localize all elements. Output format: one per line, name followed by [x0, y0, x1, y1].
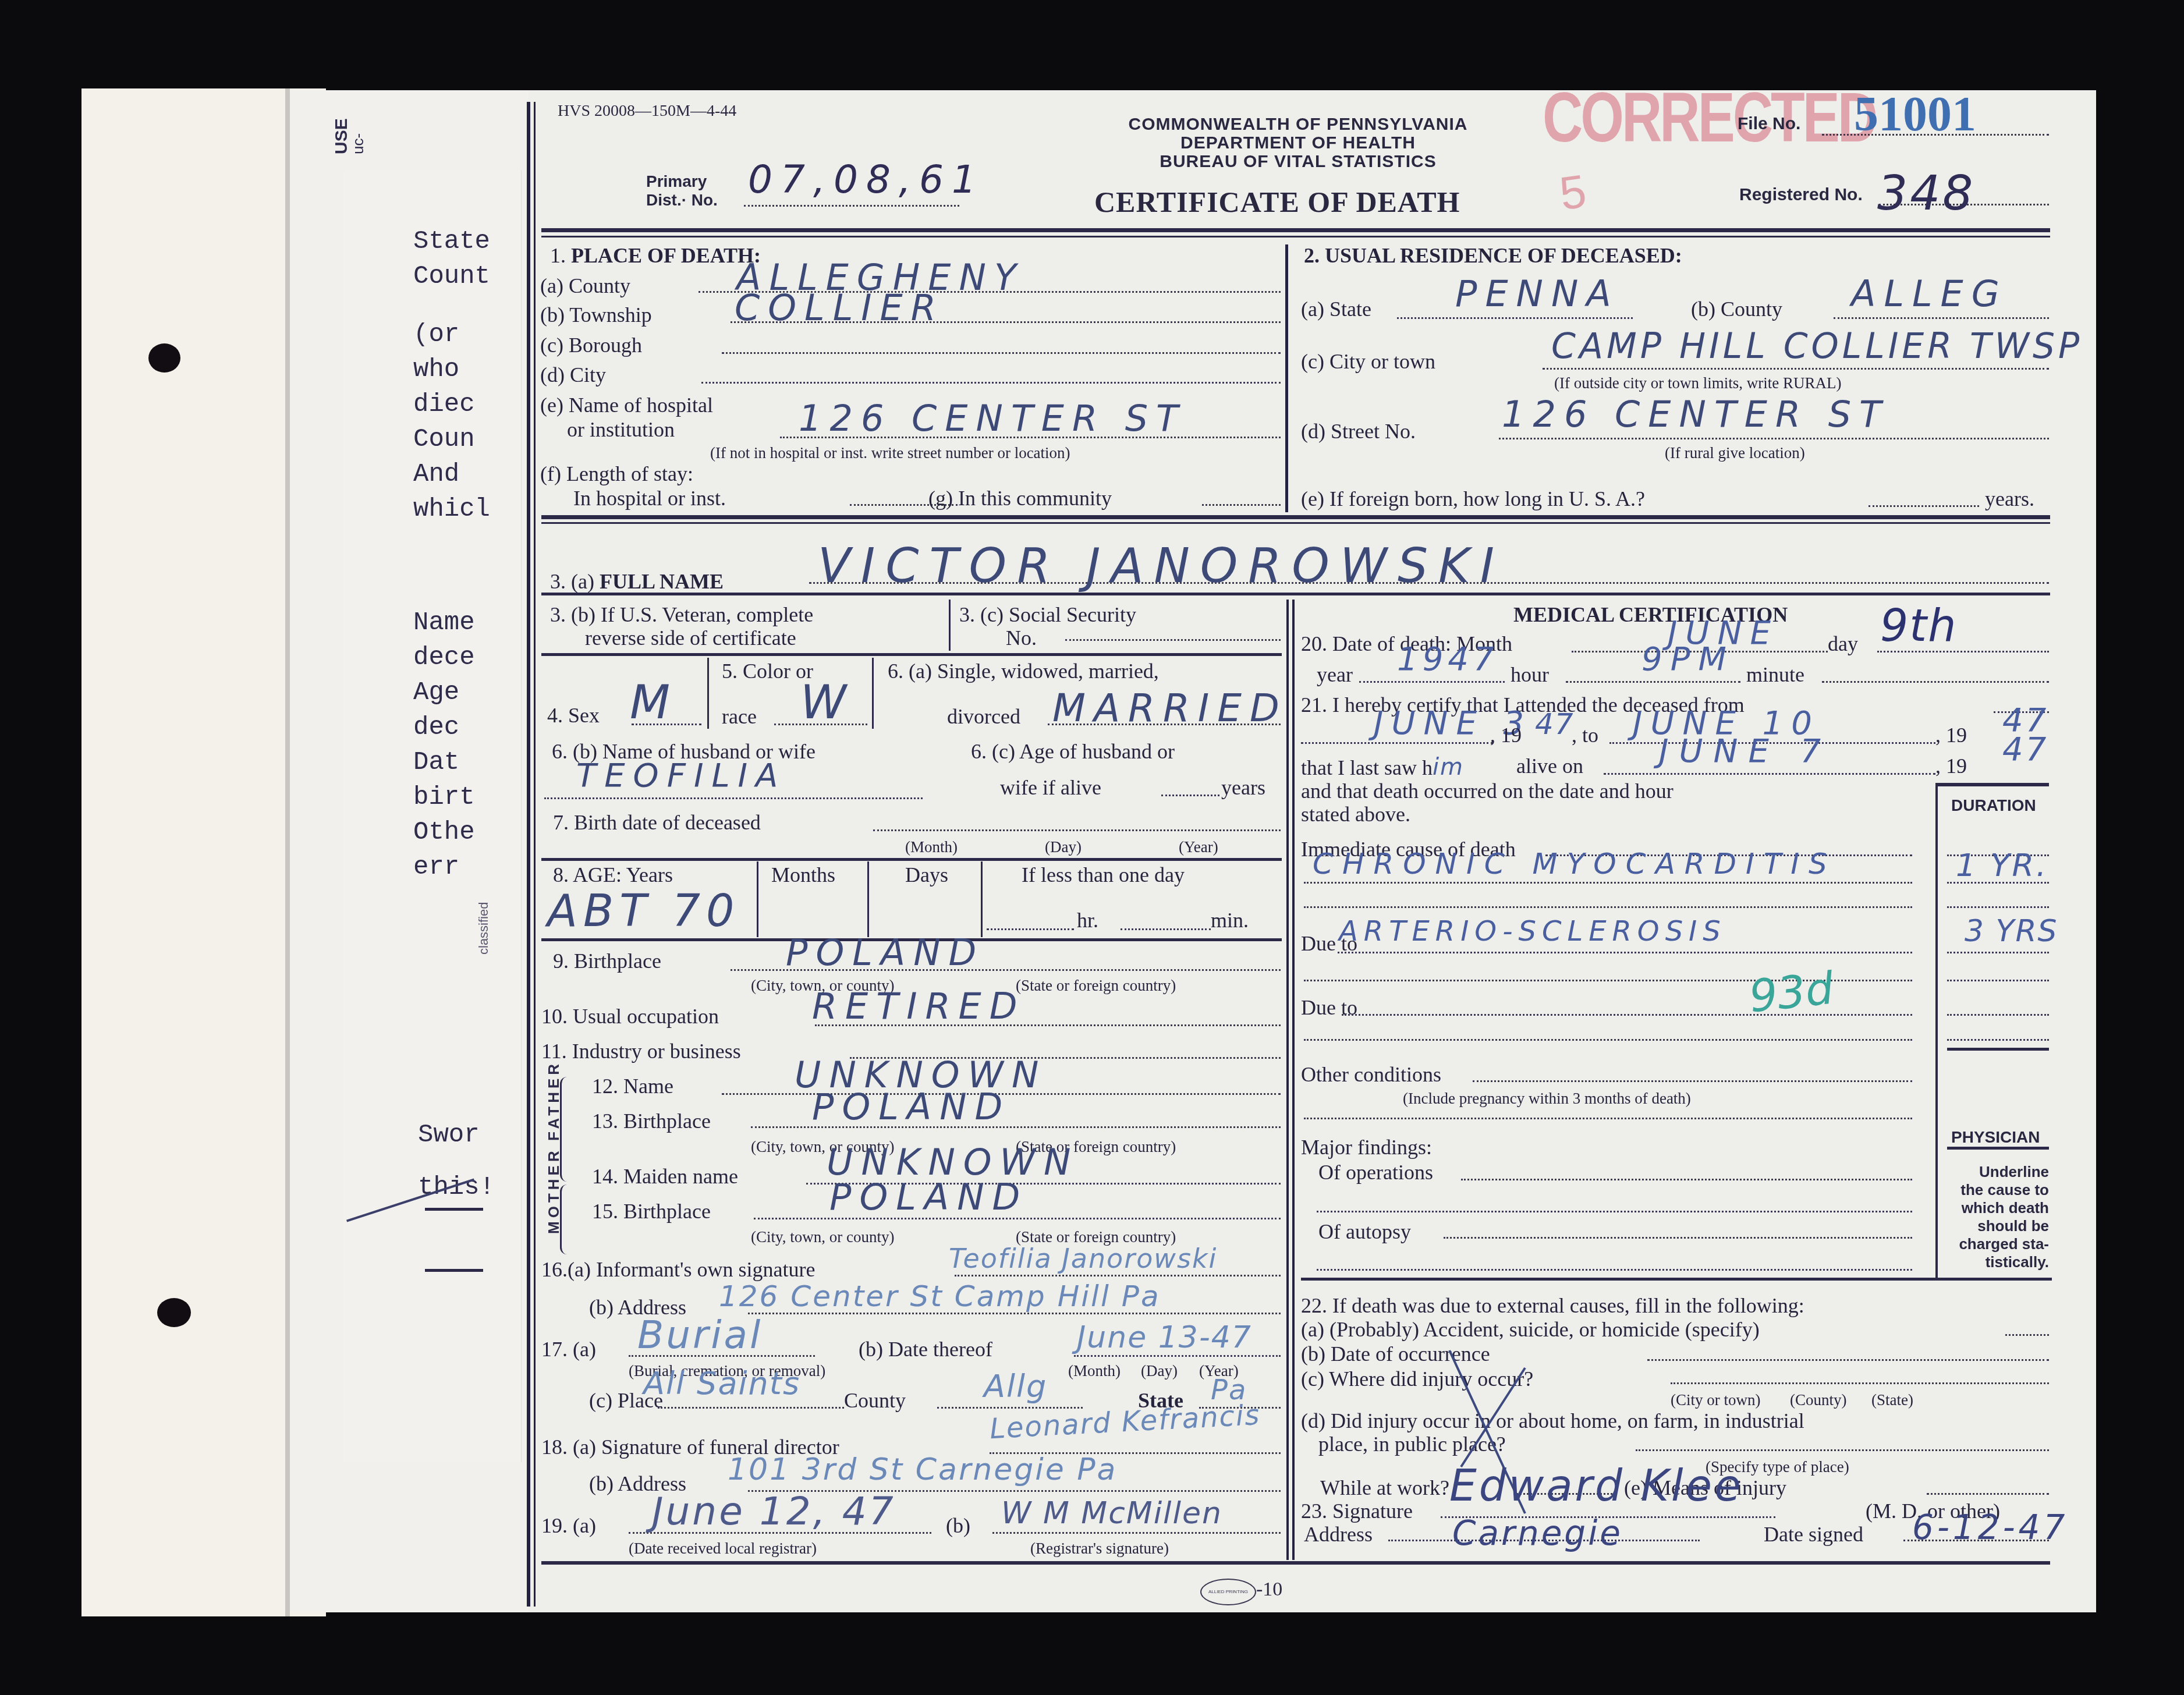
full-name-label: 3. (a) FULL NAME	[550, 569, 724, 594]
mother-birthplace-note-city: (City, town, or county)	[751, 1228, 894, 1246]
bottom-rule	[541, 1561, 2050, 1565]
physician-note: Underline the cause to which death shoul…	[1947, 1163, 2049, 1271]
informant-address-value[interactable]: 126 Center St Camp Hill Pa	[719, 1279, 1161, 1313]
death-hour-line	[1566, 681, 1740, 683]
burial-place-line	[658, 1407, 844, 1409]
ssn-rule	[541, 653, 1282, 656]
other-conditions-note: (Include pregnancy within 3 months of de…	[1403, 1090, 1691, 1108]
due-to-1-duration-line	[1947, 952, 2049, 953]
coding-mark: 93d	[1747, 962, 1836, 1023]
punch-hole-bottom	[157, 1298, 191, 1327]
spouse-age-line	[1161, 795, 1219, 796]
external-c-line	[1671, 1382, 2049, 1384]
signature-label: 23. Signature	[1301, 1499, 1413, 1523]
certificate-title: CERTIFICATE OF DEATH	[1094, 185, 1460, 219]
duration-top-rule	[1935, 783, 2049, 786]
registered-no-value: 348	[1877, 166, 1976, 221]
major-findings-label: Major findings:	[1301, 1135, 1432, 1159]
stub-typed-block-top: State Count (or who diec Coun And whicl	[413, 224, 490, 527]
spouse-age-unit: years	[1221, 775, 1265, 800]
res-street-label: (d) Street No.	[1301, 419, 1416, 444]
township-label: (b) Township	[540, 303, 652, 327]
burial-place-value[interactable]: All Saints	[643, 1365, 800, 1402]
last-saw-year-prefix: , 19	[1935, 754, 1967, 778]
spouse-age-label: 6. (c) Age of husband or	[971, 739, 1175, 764]
signature-value[interactable]: Edward Klee	[1449, 1461, 1743, 1511]
registrar-date-label: 19. (a)	[541, 1513, 596, 1538]
age-days-label: Days	[905, 863, 948, 887]
res-city-label: (c) City or town	[1301, 349, 1435, 374]
burial-month-note: (Month)	[1068, 1362, 1121, 1380]
spouse-age-label-2: wife if alive	[1000, 775, 1101, 800]
burial-type-label: 17. (a)	[541, 1337, 596, 1361]
city-label: (d) City	[540, 363, 606, 387]
duration-spacer-line	[1947, 906, 2049, 908]
attend-from-year[interactable]: 47	[1535, 707, 1575, 741]
occurred-text-1: and that death occurred on the date and …	[1301, 779, 1674, 803]
age-min-label: min.	[1211, 908, 1249, 932]
operations-line-2	[1317, 1211, 1912, 1212]
informant-signature-line	[955, 1275, 1281, 1276]
medical-divider	[1286, 600, 1289, 1560]
father-brace	[560, 1077, 570, 1182]
state-line	[1397, 317, 1633, 319]
occupation-value[interactable]: RETIRED	[812, 985, 1025, 1027]
age-divider-3	[981, 861, 983, 937]
res-street-value[interactable]: 126 CENTER ST	[1502, 393, 1889, 435]
residence-rule	[541, 515, 2050, 519]
immediate-cause-value[interactable]: CHRONIC MYOCARDITIS	[1313, 847, 1836, 881]
stub-rotated-classified: classified	[476, 902, 491, 955]
due-to-label-2: Due to	[1301, 995, 1357, 1020]
burial-type-value[interactable]: Burial	[637, 1313, 763, 1357]
ssn-label: 3. (c) Social Security No.	[959, 603, 1136, 650]
place-of-death-heading: 1. PLACE OF DEATH:	[550, 243, 761, 268]
due-to-1-value[interactable]: ARTERIO-SCLEROSIS	[1339, 915, 1726, 948]
death-minute-line	[1822, 681, 2049, 683]
external-a-line	[2005, 1334, 2049, 1336]
duration-bottom-rule	[1947, 1048, 2049, 1051]
birthplace-label: 9. Birthplace	[553, 949, 661, 973]
external-d-line	[1636, 1449, 2049, 1451]
registrar-date-value[interactable]: June 12, 47	[652, 1489, 896, 1534]
divorced-label: divorced	[947, 704, 1020, 729]
mother-brace	[560, 1185, 570, 1254]
birthplace-note-state: (State or foreign country)	[1016, 977, 1176, 995]
torn-edge	[285, 88, 290, 1616]
external-rule	[1301, 1278, 2052, 1281]
registrar-date-note: (Date received local registrar)	[629, 1540, 817, 1558]
death-day-label: day	[1828, 632, 1858, 656]
footer-code: -10	[1256, 1579, 1282, 1601]
duration-spacer-line-3	[1947, 1039, 2049, 1041]
name-rule	[541, 593, 2050, 595]
due-to-1-line	[1338, 952, 1912, 953]
operations-label: Of operations	[1318, 1160, 1433, 1185]
medical-divider-inner	[1292, 600, 1295, 1560]
father-birthplace-value[interactable]: POLAND	[812, 1086, 1011, 1128]
death-hour-label: hour	[1511, 662, 1549, 687]
stub-rotated-label: USE	[332, 118, 352, 154]
state-value[interactable]: PENNA	[1455, 272, 1619, 315]
last-saw-line	[1604, 773, 1935, 775]
res-city-note: (If outside city or town limits, write R…	[1554, 374, 1841, 392]
registrar-signature-label: (b)	[946, 1513, 970, 1538]
ssn-divider	[949, 600, 951, 651]
due-to-1-duration[interactable]: 3 YRS	[1965, 914, 2058, 949]
header-rule	[541, 228, 2050, 232]
burial-date-value[interactable]: June 13-47	[1077, 1320, 1252, 1355]
file-no-value: 51001	[1854, 86, 1976, 143]
death-year-value[interactable]: 1947	[1397, 640, 1499, 678]
left-border-rule-inner	[534, 102, 536, 1607]
registrar-signature-note: (Registrar's signature)	[1030, 1540, 1169, 1558]
residence-heading: 2. USUAL RESIDENCE OF DECEASED:	[1304, 243, 1682, 268]
res-city-value[interactable]: CAMP HILL COLLIER TWSP	[1551, 326, 2083, 367]
director-address-value[interactable]: 101 3rd St Carnegie Pa	[728, 1452, 1117, 1487]
stay-community-line	[1202, 504, 1281, 506]
informant-signature-value[interactable]: Teofilia Janorowski	[949, 1243, 1217, 1274]
physician-rule	[1947, 1147, 2049, 1150]
hospital-label: (e) Name of hospital or institution	[540, 393, 713, 442]
stay-hospital-label: In hospital or inst.	[573, 486, 726, 510]
age-min-line	[1121, 928, 1211, 930]
father-birthplace-label: 13. Birthplace	[592, 1109, 711, 1133]
sex-label: 4. Sex	[547, 703, 600, 728]
borough-line	[722, 352, 1281, 354]
operations-line	[1461, 1179, 1912, 1180]
union-label-icon: ALLIED PRINTING TRADES UNION LABEL COUNC…	[1200, 1579, 1256, 1605]
res-county-value[interactable]: ALLEG	[1851, 272, 2008, 315]
attend-to-year-prefix: , 19	[1935, 723, 1967, 747]
city-line	[701, 382, 1281, 384]
attend-to-label: , to	[1572, 723, 1598, 747]
burial-day-note: (Day)	[1141, 1362, 1178, 1380]
due-to-2-duration-line	[1947, 1014, 2049, 1016]
stub-line	[425, 1208, 483, 1211]
attend-from-line	[1301, 742, 1493, 744]
autopsy-line	[1444, 1237, 1912, 1239]
autopsy-label: Of autopsy	[1318, 1219, 1411, 1244]
father-name-label: 12. Name	[592, 1074, 673, 1098]
attend-from-year-prefix: , 19	[1490, 723, 1522, 747]
burial-county-line	[937, 1407, 1083, 1409]
primary-dist-line	[744, 205, 959, 207]
age-divider-2	[867, 861, 869, 937]
veteran-label: 3. (b) If U.S. Veteran, complete reverse…	[550, 603, 813, 650]
external-c-note-county: (County)	[1790, 1391, 1847, 1409]
stay-label: (f) Length of stay:	[540, 462, 693, 486]
other-conditions-line	[1473, 1080, 1912, 1082]
marital-label: 6. (a) Single, widowed, married,	[888, 659, 1159, 683]
registrar-signature-line	[992, 1532, 1281, 1534]
external-c-note-city: (City or town)	[1671, 1391, 1761, 1409]
township-value[interactable]: COLLIER	[735, 286, 944, 329]
informant-signature-label: 16.(a) Informant's own signature	[541, 1257, 815, 1282]
borough-label: (c) Borough	[540, 333, 642, 357]
stub-rotated-label-2: uc-	[349, 133, 367, 154]
death-year-label: year	[1317, 662, 1353, 687]
race-value[interactable]: W	[800, 675, 855, 729]
death-day-value[interactable]: 9th	[1880, 600, 1957, 651]
file-no-label: File No.	[1738, 114, 1800, 134]
corrected-stamp: CORRECTED	[1543, 78, 1875, 158]
death-hour-value[interactable]: 9PM	[1641, 640, 1735, 678]
ssn-line	[1065, 639, 1281, 641]
industry-label: 11. Industry or business	[541, 1039, 741, 1063]
last-saw-year[interactable]: 47	[2002, 731, 2048, 768]
external-d-label-1: (d) Did injury occur in or about home, o…	[1301, 1409, 1804, 1433]
mother-name-label: 14. Maiden name	[592, 1164, 738, 1189]
duration-column-rule	[1935, 783, 1938, 1281]
last-saw-date[interactable]: JUNE 7	[1659, 732, 1831, 770]
duration-heading: DURATION	[1951, 796, 2036, 815]
spouse-line	[544, 797, 923, 799]
age-value[interactable]: ABT 70	[547, 885, 740, 937]
foreign-line	[1869, 505, 1979, 507]
race-divider	[872, 658, 874, 729]
burial-date-label: (b) Date thereof	[859, 1337, 992, 1361]
other-conditions-label: Other conditions	[1301, 1062, 1441, 1087]
external-b-line	[1647, 1359, 2049, 1361]
stub-typed-block-bottom: Swor this!	[418, 1118, 495, 1205]
primary-dist-value: 07,08,61	[748, 157, 984, 202]
mother-birthplace-label: 15. Birthplace	[592, 1199, 711, 1224]
autopsy-line-2	[1317, 1269, 1912, 1271]
primary-dist-label: Primary Dist.· No.	[646, 172, 718, 210]
color-label: 5. Color or	[722, 659, 813, 683]
marital-value[interactable]: MARRIED	[1052, 686, 1288, 731]
external-a-label: (a) (Probably) Accident, suicide, or hom…	[1301, 1317, 1760, 1342]
birth-date-line	[873, 829, 1281, 831]
physician-heading: PHYSICIAN	[1951, 1128, 2040, 1147]
header-rule-thin	[541, 236, 2050, 237]
age-label: 8. AGE: Years	[553, 863, 673, 887]
registrar-signature-value[interactable]: W M McMillen	[1001, 1496, 1222, 1531]
stay-community-label: (g) In this community	[928, 486, 1112, 510]
age-less-label: If less than one day	[1022, 863, 1185, 887]
mother-birthplace-value[interactable]: POLAND	[829, 1176, 1028, 1218]
stub-typed-block-mid: Name dece Age dec Dat birt Othe err	[413, 605, 475, 885]
registered-no-label: Registered No.	[1739, 185, 1863, 205]
immediate-duration-value[interactable]: 1 YR.	[1956, 847, 2048, 884]
section-divider	[1285, 244, 1288, 512]
while-at-work-label: While at work?	[1320, 1476, 1449, 1500]
foreign-label: (e) If foreign born, how long in U. S. A…	[1301, 487, 1645, 511]
age-months-label: Months	[771, 863, 835, 887]
external-c-note-state: (State)	[1871, 1391, 1913, 1409]
age-hr-label: hr.	[1077, 908, 1098, 932]
burial-county-label: County	[844, 1388, 906, 1413]
burial-date-line	[1074, 1355, 1281, 1357]
occurred-text-2: stated above.	[1301, 802, 1410, 827]
sig-address-label: Address	[1304, 1522, 1373, 1547]
other-conditions-line-2	[1304, 1118, 1912, 1119]
birth-year-note: (Year)	[1179, 838, 1218, 856]
date-signed-label: Date signed	[1764, 1522, 1863, 1547]
death-year-line	[1359, 681, 1505, 683]
sex-value[interactable]: M	[630, 675, 678, 729]
sex-divider	[707, 658, 709, 729]
res-street-line	[1499, 438, 2049, 439]
residence-rule-thin	[541, 522, 2050, 524]
spouse-value[interactable]: TEOFILIA	[576, 757, 786, 795]
hospital-value[interactable]: 126 CENTER ST	[799, 397, 1186, 439]
agency-header: COMMONWEALTH OF PENNSYLVANIA DEPARTMENT …	[1100, 115, 1496, 171]
left-border-rule	[527, 102, 530, 1607]
full-name-value[interactable]: VICTOR JANOROWSKI	[818, 538, 1505, 594]
punch-hole-top	[148, 343, 180, 373]
birth-date-label: 7. Birth date of deceased	[553, 810, 761, 835]
sig-address-value[interactable]: Carnegie	[1452, 1513, 1623, 1553]
stub-line-2	[425, 1269, 483, 1272]
age-divider-1	[757, 861, 758, 937]
cause-spacer-line	[1304, 906, 1912, 908]
age-hr-line	[987, 928, 1074, 930]
state-label: (a) State	[1301, 297, 1371, 321]
res-county-label: (b) County	[1691, 297, 1782, 321]
res-city-line	[1543, 368, 2049, 370]
burial-county-value[interactable]: Allg	[984, 1368, 1047, 1405]
due-to-2-line-2	[1304, 1039, 1912, 1041]
hospital-note: (If not in hospital or inst. write stree…	[710, 444, 1070, 462]
duration-spacer-line-2	[1947, 980, 2049, 981]
alive-on-label: alive on	[1516, 754, 1583, 778]
res-street-note: (If rural give location)	[1665, 444, 1805, 462]
foreign-unit: years.	[1985, 487, 2034, 511]
res-county-line	[1834, 317, 2049, 319]
form-code: HVS 20008—150M—4-44	[558, 102, 736, 120]
external-heading: 22. If death was due to external causes,…	[1301, 1293, 1804, 1318]
occupation-label: 10. Usual occupation	[541, 1004, 719, 1029]
birth-day-note: (Day)	[1045, 838, 1082, 856]
means-line	[1927, 1493, 2049, 1495]
county-label: (a) County	[540, 274, 630, 298]
birth-month-note: (Month)	[905, 838, 958, 856]
immediate-cause-line-2	[1304, 882, 1912, 884]
last-saw-label: that I last saw him	[1301, 754, 1464, 781]
date-signed-value[interactable]: 6-12-47	[1912, 1508, 2068, 1547]
birth-rule	[541, 858, 1282, 861]
death-minute-label: minute	[1746, 662, 1804, 687]
race-label: race	[722, 704, 757, 729]
birthplace-value[interactable]: POLAND	[786, 931, 984, 974]
